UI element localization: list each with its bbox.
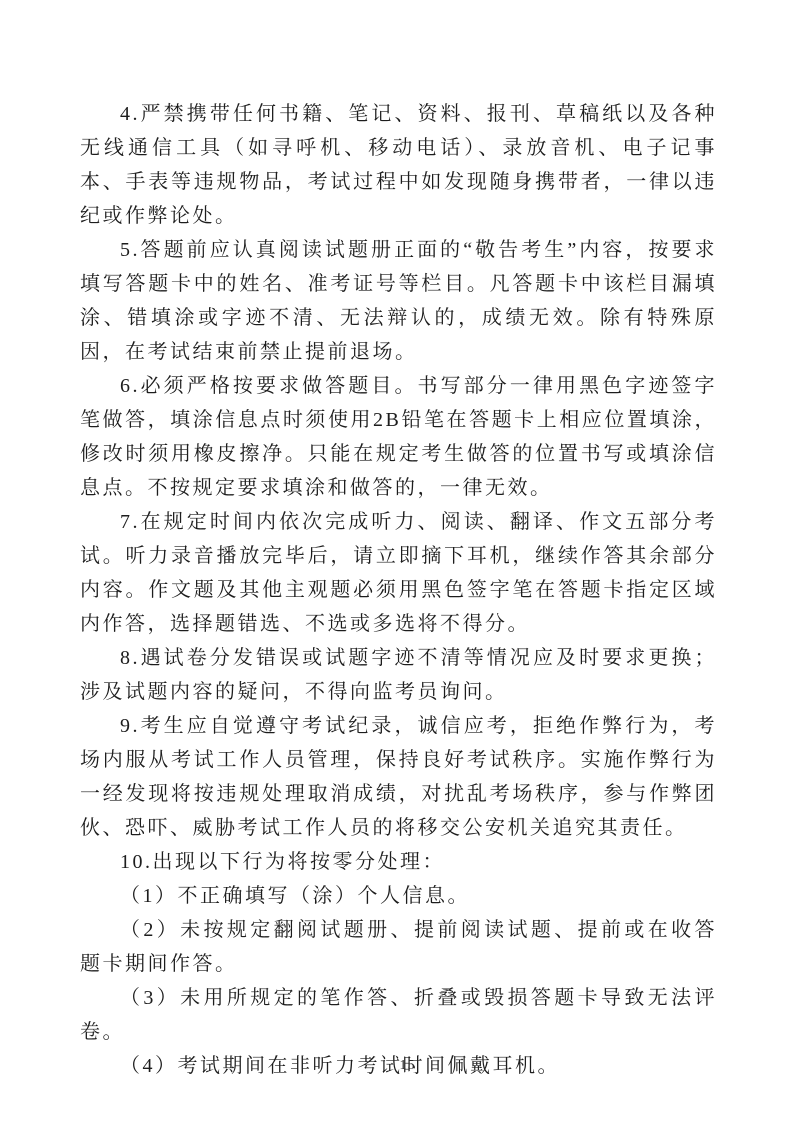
paragraph-item-7: 7.在规定时间内依次完成听力、阅读、翻译、作文五部分考试。听力录音播放完毕后，请… [80,505,717,641]
paragraph-item-8: 8.遇试卷分发错误或试题字迹不清等情况应及时要求更换；涉及试题内容的疑问，不得向… [80,641,717,709]
paragraph-item-5: 5.答题前应认真阅读试题册正面的“敬告考生”内容，按要求填写答题卡中的姓名、准考… [80,233,717,369]
paragraph-item-4: 4.严禁携带任何书籍、笔记、资料、报刊、草稿纸以及各种无线通信工具（如寻呼机、移… [80,97,717,233]
paragraph-item-10: 10.出现以下行为将按零分处理： [80,845,717,879]
page-footer: 15 [0,1056,793,1074]
paragraph-subitem-3: （3）未用所规定的笔作答、折叠或毁损答题卡导致无法评卷。 [80,981,717,1049]
page-number: 15 [400,1058,416,1074]
paragraph-subitem-1: （1）不正确填写（涂）个人信息。 [80,879,717,913]
document-body: 4.严禁携带任何书籍、笔记、资料、报刊、草稿纸以及各种无线通信工具（如寻呼机、移… [80,97,717,1083]
paragraph-subitem-2: （2）未按规定翻阅试题册、提前阅读试题、提前或在收答题卡期间作答。 [80,913,717,981]
paragraph-item-6: 6.必须严格按要求做答题目。书写部分一律用黑色字迹签字笔做答，填涂信息点时须使用… [80,369,717,505]
document-page: 4.严禁携带任何书籍、笔记、资料、报刊、草稿纸以及各种无线通信工具（如寻呼机、移… [0,0,793,1122]
paragraph-item-9: 9.考生应自觉遵守考试纪录，诚信应考，拒绝作弊行为，考场内服从考试工作人员管理，… [80,709,717,845]
